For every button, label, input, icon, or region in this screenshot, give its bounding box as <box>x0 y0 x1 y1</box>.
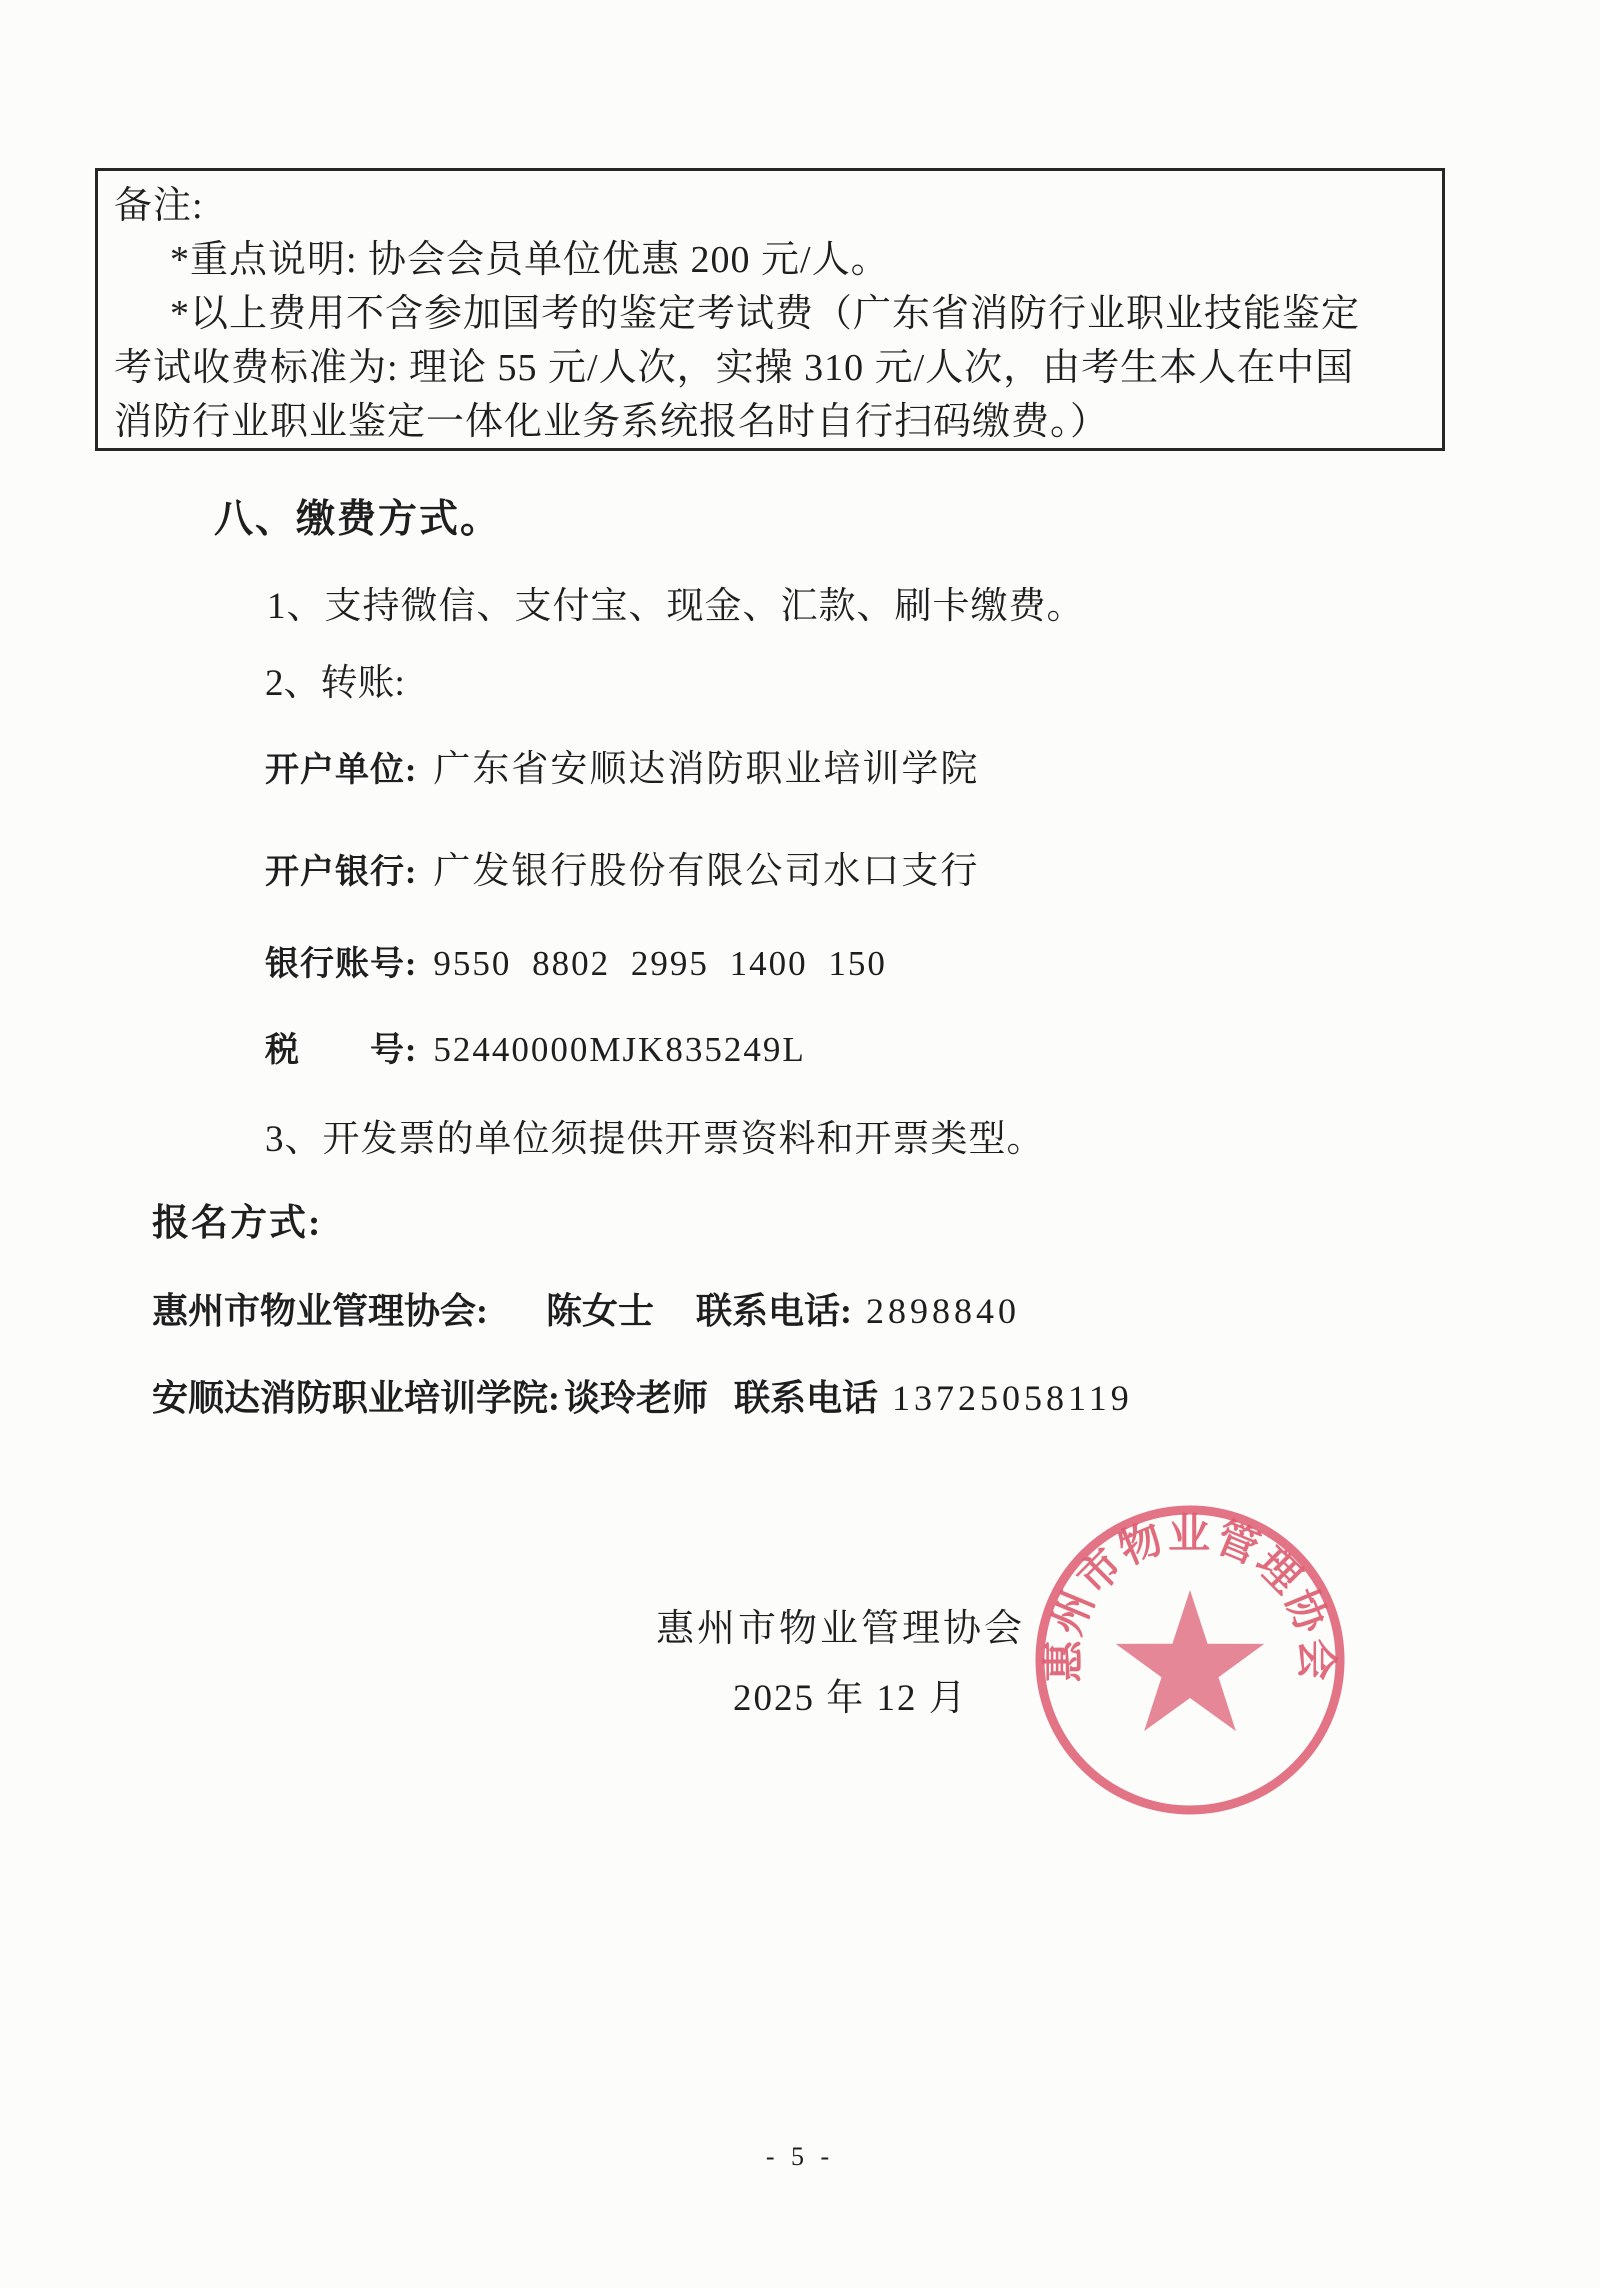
contact-association-phone-label: 联系电话: <box>696 1291 852 1331</box>
seal-star-icon <box>1116 1590 1264 1731</box>
signature-org: 惠州市物业管理协会 <box>656 1597 1025 1652</box>
signature-date: 2025 年 12 月 <box>733 1667 968 1721</box>
bank-account-number-value: 9550 8802 2995 1400 150 <box>433 944 887 983</box>
contact-association-phone: 2898840 <box>866 1291 1020 1331</box>
bank-account-number-row: 银行账号:9550 8802 2995 1400 150 <box>265 936 887 985</box>
contact-school-phone: 13725058119 <box>892 1378 1133 1418</box>
payment-item-1: 1、支持微信、支付宝、现金、汇款、刷卡缴费。 <box>267 575 1085 629</box>
bank-name-value: 广发银行股份有限公司水口支行 <box>433 851 979 892</box>
bank-account-name-label: 开户单位: <box>265 752 417 789</box>
contact-school-org: 安顺达消防职业培训学院: <box>152 1378 560 1418</box>
contact-association-person: 陈女士 <box>546 1291 654 1331</box>
section-heading: 八、缴费方式。 <box>214 488 501 544</box>
page-number: - 5 - <box>0 2142 1600 2172</box>
association-seal-stamp: 惠州市物业管理协会 <box>1018 1488 1362 1832</box>
tax-number-value: 52440000MJK835249L <box>433 1030 805 1069</box>
tax-number-label: 税 号: <box>265 1032 417 1069</box>
tax-number-row: 税 号:52440000MJK835249L <box>265 1022 806 1071</box>
contact-school-person: 谈玲老师 <box>564 1378 708 1418</box>
payment-item-3: 3、开发票的单位须提供开票资料和开票类型。 <box>265 1108 1045 1162</box>
remarks-title: 备注: <box>114 179 1430 233</box>
bank-account-name-value: 广东省安顺达消防职业培训学院 <box>433 749 979 790</box>
bank-account-number-label: 银行账号: <box>265 946 417 983</box>
bank-account-name-row: 开户单位:广东省安顺达消防职业培训学院 <box>265 738 979 792</box>
remarks-line-3: 考试收费标准为: 理论 55 元/人次，实操 310 元/人次，由考生本人在中国 <box>114 341 1430 395</box>
remarks-box: 备注: *重点说明: 协会会员单位优惠 200 元/人。 *以上费用不含参加国考… <box>95 168 1445 451</box>
remarks-line-2: *以上费用不含参加国考的鉴定考试费（广东省消防行业职业技能鉴定 <box>114 287 1430 341</box>
payment-item-2: 2、转账: <box>265 652 405 706</box>
bank-name-label: 开户银行: <box>265 854 417 891</box>
contact-school-phone-label: 联系电话 <box>734 1378 878 1418</box>
contact-row-school: 安顺达消防职业培训学院:谈玲老师联系电话13725058119 <box>152 1370 1133 1421</box>
remarks-line-1: *重点说明: 协会会员单位优惠 200 元/人。 <box>114 233 1430 287</box>
remarks-line-4: 消防行业职业鉴定一体化业务系统报名时自行扫码缴费。） <box>114 395 1430 449</box>
signup-heading: 报名方式: <box>152 1192 322 1246</box>
document-page: 备注: *重点说明: 协会会员单位优惠 200 元/人。 *以上费用不含参加国考… <box>0 0 1600 2288</box>
contact-row-association: 惠州市物业管理协会:陈女士联系电话:2898840 <box>152 1283 1020 1334</box>
bank-name-row: 开户银行:广发银行股份有限公司水口支行 <box>265 840 979 894</box>
contact-association-org: 惠州市物业管理协会: <box>152 1291 488 1331</box>
